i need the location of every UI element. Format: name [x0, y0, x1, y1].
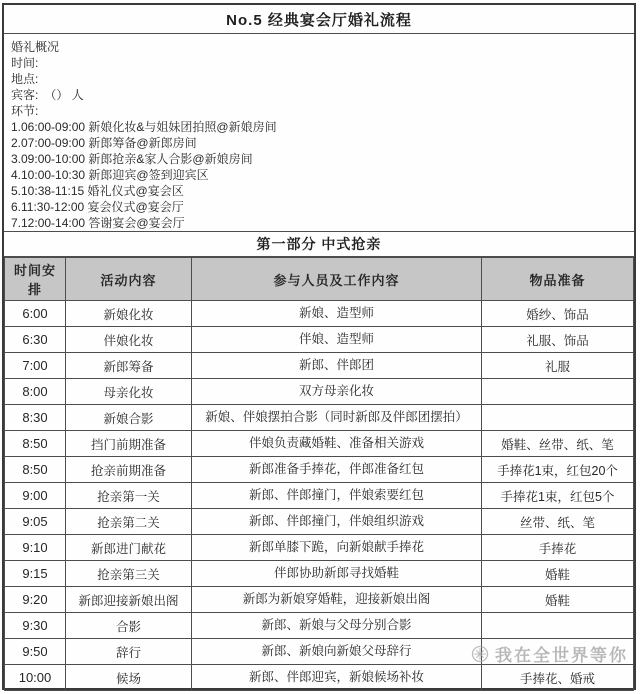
cell-participants: 新郎、伴郎撞门，伴娘索要红包: [192, 483, 482, 509]
cell-activity: 辞行: [66, 639, 192, 665]
cell-items: [482, 613, 634, 639]
overview-timeline-item-3: 4.10:00-10:30 新郎迎宾@签到迎宾区: [11, 167, 626, 183]
cell-activity: 伴娘化妆: [66, 327, 192, 353]
cell-time: 8:00: [5, 379, 66, 405]
cell-items: 婚鞋: [482, 587, 634, 613]
cell-activity: 候场: [66, 665, 192, 691]
cell-activity: 抢亲第三关: [66, 561, 192, 587]
cell-activity: 抢亲前期准备: [66, 457, 192, 483]
cell-items: 手捧花1束，红包5个: [482, 483, 634, 509]
table-row: 8:00母亲化妆双方母亲化妆: [5, 379, 634, 405]
cell-time: 9:05: [5, 509, 66, 535]
overview-field-2: 宾客: （） 人: [11, 87, 626, 103]
schedule-header-row: 时间安排活动内容参与人员及工作内容物品准备: [5, 258, 634, 301]
table-row: 9:05抢亲第二关新郎、伴郎撞门，伴娘组织游戏丝带、纸、笔: [5, 509, 634, 535]
cell-participants: 伴娘负责藏婚鞋、准备相关游戏: [192, 431, 482, 457]
wedding-schedule-document: No.5 经典宴会厅婚礼流程 婚礼概况时间:地点:宾客: （） 人环节:1.06…: [2, 3, 636, 690]
cell-participants: 双方母亲化妆: [192, 379, 482, 405]
table-row: 9:30合影新郎、新娘与父母分别合影: [5, 613, 634, 639]
cell-activity: 新娘合影: [66, 405, 192, 431]
cell-time: 9:15: [5, 561, 66, 587]
cell-items: [482, 639, 634, 665]
cell-time: 8:50: [5, 431, 66, 457]
cell-items: 礼服: [482, 353, 634, 379]
cell-activity: 新郎迎接新娘出阁: [66, 587, 192, 613]
cell-participants: 新郎准备手捧花，伴郎准备红包: [192, 457, 482, 483]
overview-timeline-item-4: 5.10:38-11:15 婚礼仪式@宴会区: [11, 183, 626, 199]
table-row: 7:00新郎筹备新郎、伴郎团礼服: [5, 353, 634, 379]
cell-time: 10:00: [5, 665, 66, 691]
cell-time: 9:00: [5, 483, 66, 509]
cell-activity: 新郎进门献花: [66, 535, 192, 561]
cell-time: 9:20: [5, 587, 66, 613]
cell-participants: 新郎、伴郎撞门，伴娘组织游戏: [192, 509, 482, 535]
cell-participants: 新娘、造型师: [192, 301, 482, 327]
overview-timeline-item-1: 2.07:00-09:00 新郎筹备@新郎房间: [11, 135, 626, 151]
cell-items: 婚纱、饰品: [482, 301, 634, 327]
table-row: 10:00候场新郎、伴郎迎宾，新娘候场补妆手捧花、婚戒: [5, 665, 634, 691]
cell-participants: 新郎、伴郎迎宾，新娘候场补妆: [192, 665, 482, 691]
cell-time: 8:50: [5, 457, 66, 483]
cell-activity: 挡门前期准备: [66, 431, 192, 457]
cell-activity: 抢亲第一关: [66, 483, 192, 509]
table-row: 9:20新郎迎接新娘出阁新郎为新娘穿婚鞋，迎接新娘出阁婚鞋: [5, 587, 634, 613]
cell-participants: 新郎、新娘与父母分别合影: [192, 613, 482, 639]
cell-activity: 合影: [66, 613, 192, 639]
cell-time: 9:50: [5, 639, 66, 665]
cell-participants: 新郎为新娘穿婚鞋，迎接新娘出阁: [192, 587, 482, 613]
cell-activity: 新娘化妆: [66, 301, 192, 327]
cell-participants: 新郎、伴郎团: [192, 353, 482, 379]
table-row: 8:30新娘合影新娘、伴娘摆拍合影（同时新郎及伴郎团摆拍）: [5, 405, 634, 431]
overview-timeline-item-0: 1.06:00-09:00 新娘化妆&与姐妹团拍照@新娘房间: [11, 119, 626, 135]
column-header-participants: 参与人员及工作内容: [192, 258, 482, 301]
schedule-table: 时间安排活动内容参与人员及工作内容物品准备 6:00新娘化妆新娘、造型师婚纱、饰…: [4, 257, 634, 691]
cell-activity: 新郎筹备: [66, 353, 192, 379]
cell-items: 礼服、饰品: [482, 327, 634, 353]
overview-timeline-item-5: 6.11:30-12:00 宴会仪式@宴会厅: [11, 199, 626, 215]
cell-time: 7:00: [5, 353, 66, 379]
cell-time: 9:10: [5, 535, 66, 561]
cell-items: 手捧花: [482, 535, 634, 561]
table-row: 9:15抢亲第三关伴郎协助新郎寻找婚鞋婚鞋: [5, 561, 634, 587]
table-row: 9:00抢亲第一关新郎、伴郎撞门，伴娘索要红包手捧花1束，红包5个: [5, 483, 634, 509]
section-header: 第一部分 中式抢亲: [4, 231, 634, 257]
overview-heading: 婚礼概况: [11, 39, 626, 55]
table-row: 8:50挡门前期准备伴娘负责藏婚鞋、准备相关游戏婚鞋、丝带、纸、笔: [5, 431, 634, 457]
overview-section: 婚礼概况时间:地点:宾客: （） 人环节:1.06:00-09:00 新娘化妆&…: [4, 34, 634, 231]
cell-participants: 新郎单膝下跪，向新娘献手捧花: [192, 535, 482, 561]
table-row: 6:30伴娘化妆伴娘、造型师礼服、饰品: [5, 327, 634, 353]
cell-activity: 抢亲第二关: [66, 509, 192, 535]
document-title: No.5 经典宴会厅婚礼流程: [4, 5, 634, 34]
cell-items: 婚鞋、丝带、纸、笔: [482, 431, 634, 457]
table-row: 9:50辞行新郎、新娘向新娘父母辞行: [5, 639, 634, 665]
cell-participants: 新娘、伴娘摆拍合影（同时新郎及伴郎团摆拍）: [192, 405, 482, 431]
cell-items: 丝带、纸、笔: [482, 509, 634, 535]
column-header-items: 物品准备: [482, 258, 634, 301]
column-header-activity: 活动内容: [66, 258, 192, 301]
overview-field-0: 时间:: [11, 55, 626, 71]
cell-items: [482, 405, 634, 431]
cell-participants: 伴娘、造型师: [192, 327, 482, 353]
table-row: 8:50抢亲前期准备新郎准备手捧花，伴郎准备红包手捧花1束，红包20个: [5, 457, 634, 483]
overview-field-3: 环节:: [11, 103, 626, 119]
schedule-table-body: 6:00新娘化妆新娘、造型师婚纱、饰品6:30伴娘化妆伴娘、造型师礼服、饰品7:…: [5, 301, 634, 691]
table-row: 9:10新郎进门献花新郎单膝下跪，向新娘献手捧花手捧花: [5, 535, 634, 561]
cell-items: 手捧花、婚戒: [482, 665, 634, 691]
cell-time: 6:00: [5, 301, 66, 327]
overview-timeline-item-6: 7.12:00-14:00 答谢宴会@宴会厅: [11, 215, 626, 231]
table-row: 6:00新娘化妆新娘、造型师婚纱、饰品: [5, 301, 634, 327]
overview-field-1: 地点:: [11, 71, 626, 87]
wedding-schedule-page: No.5 经典宴会厅婚礼流程 婚礼概况时间:地点:宾客: （） 人环节:1.06…: [0, 0, 640, 694]
cell-activity: 母亲化妆: [66, 379, 192, 405]
cell-participants: 新郎、新娘向新娘父母辞行: [192, 639, 482, 665]
column-header-time: 时间安排: [5, 258, 66, 301]
overview-timeline-item-2: 3.09:00-10:00 新郎抢亲&家人合影@新娘房间: [11, 151, 626, 167]
cell-time: 9:30: [5, 613, 66, 639]
cell-items: [482, 379, 634, 405]
cell-items: 手捧花1束，红包20个: [482, 457, 634, 483]
cell-time: 6:30: [5, 327, 66, 353]
cell-participants: 伴郎协助新郎寻找婚鞋: [192, 561, 482, 587]
cell-time: 8:30: [5, 405, 66, 431]
cell-items: 婚鞋: [482, 561, 634, 587]
